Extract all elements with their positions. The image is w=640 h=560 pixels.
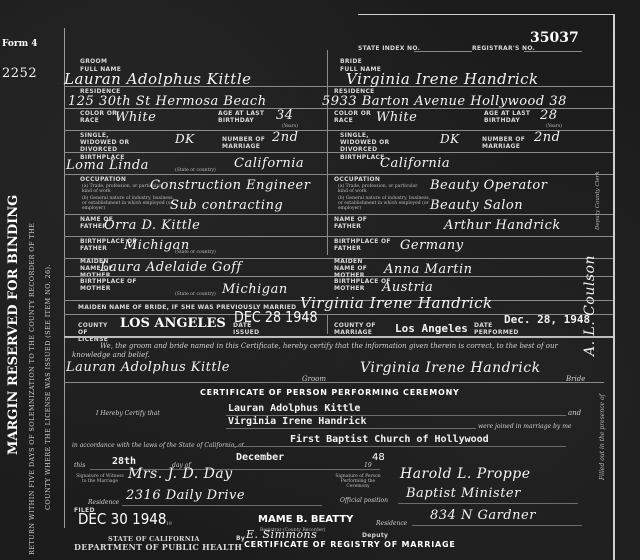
year-prefix: 19	[364, 462, 372, 469]
groom-state-hint: (State or country)	[175, 168, 216, 173]
officiant-position: Baptist Minister	[406, 486, 521, 501]
state-index-line	[414, 51, 472, 52]
dotted-line	[122, 505, 322, 506]
this-label: this	[74, 462, 85, 469]
groom-age: 34	[276, 108, 294, 123]
bride-color: White	[376, 110, 417, 125]
county-divider	[327, 314, 328, 334]
dotted-line	[412, 525, 582, 526]
row-line	[64, 174, 613, 175]
date-performed: Dec. 28, 1948	[504, 313, 590, 326]
joined-label: were joined in marriage by me	[478, 423, 571, 430]
section-divider	[64, 336, 613, 338]
dotted-line	[398, 503, 578, 504]
bride-occupation: Beauty Operator	[430, 178, 547, 193]
groom-industry: Sub contracting	[170, 198, 283, 213]
margin-title: MARGIN RESERVED FOR BINDING	[6, 195, 21, 455]
bride-industry: Beauty Salon	[430, 198, 523, 213]
bride-residence: 5933 Barton Avenue Hollywood 38	[322, 94, 567, 109]
hereby-certify-label: I Hereby Certify that	[96, 410, 160, 417]
groom-residence: 125 30th St Hermosa Beach	[68, 94, 267, 109]
groom-birthplace-state: California	[234, 156, 304, 171]
officiant-residence-label: Residence	[376, 520, 407, 527]
bride-father-label: NAME OF FATHER	[334, 216, 374, 230]
state-index-label: STATE INDEX NO.	[358, 45, 420, 52]
witness-residence-label: Residence	[88, 499, 119, 506]
certification-statement: We, the groom and bride named in this Ce…	[100, 342, 558, 350]
officiant-sig-label: Signature of Person Performing the Cerem…	[330, 474, 386, 489]
bride-age: 28	[540, 108, 558, 123]
groom-color-label: COLOR OR RACE	[80, 110, 120, 124]
dotted-line	[226, 428, 476, 429]
groom-marriage-num: 2nd	[272, 130, 298, 145]
ceremony-party-2: Virginia Irene Handrick	[228, 416, 366, 427]
row-line	[64, 382, 604, 383]
groom-mother-birthplace: Michigan	[222, 282, 288, 297]
groom-marriage-num-label: NUMBER OF MARRIAGE	[222, 136, 272, 150]
registrar-name: MAME B. BEATTY	[258, 514, 353, 525]
ceremony-month: December	[236, 452, 284, 463]
deputy-clerk-signature: A. L. Coulson	[582, 255, 598, 356]
bride-mother-label: MAIDEN NAME OF MOTHER	[334, 258, 374, 279]
dotted-line	[226, 446, 566, 447]
form-number: Form 4	[2, 39, 38, 49]
row-line	[64, 152, 613, 153]
and-label: and	[568, 409, 581, 417]
bride-marital: DK	[440, 132, 460, 146]
bride-full-name: Virginia Irene Handrick	[346, 70, 539, 88]
groom-mother-birthplace-label: BIRTHPLACE OF MOTHER	[80, 278, 140, 292]
bride-mother: Anna Martin	[384, 262, 473, 277]
groom-years-label: (Years)	[282, 124, 298, 129]
groom-mother: Laura Adelaide Goff	[100, 260, 242, 275]
groom-occ-b-label: (b) General nature of industry, business…	[82, 196, 177, 211]
bride-father: Arthur Handrick	[444, 218, 561, 233]
county-marriage: Los Angeles	[395, 322, 468, 335]
bride-age-label: AGE AT LAST BIRTHDAY	[484, 110, 539, 124]
ceremony-party-1: Lauran Adolphus Kittle	[228, 403, 360, 414]
county-license-label: COUNTY OF LICENSE	[78, 322, 118, 343]
certification-statement-2: knowledge and belief.	[72, 351, 150, 359]
bride-signature: Virginia Irene Handrick	[360, 360, 541, 376]
groom-occupation: Construction Engineer	[150, 178, 310, 193]
witness-label: Signature of Witness to the Marriage	[76, 474, 124, 484]
groom-state-hint-3: (State or country)	[175, 292, 216, 297]
frame-right-line	[613, 14, 615, 560]
officiant-signature: Harold L. Proppe	[400, 466, 531, 482]
bride-birthplace-label: BIRTHPLACE	[340, 154, 385, 161]
maiden-name: Virginia Irene Handrick	[300, 294, 493, 312]
bride-marriage-num: 2nd	[534, 130, 560, 145]
frame-top-line	[358, 14, 614, 15]
margin-note: 2252	[2, 66, 37, 81]
bride-occ-a-label: (a) Trade, profession, or particular kin…	[338, 184, 418, 194]
bride-marital-label: SINGLE, WIDOWED OR DIVORCED	[340, 132, 400, 153]
witness-residence: 2316 Daily Drive	[126, 488, 245, 503]
margin-instruction-1: RETURN WITHIN FIVE DAYS OF SOLEMNIZATION…	[28, 223, 36, 555]
bride-header: BRIDE	[340, 58, 362, 65]
groom-marital-label: SINGLE, WIDOWED OR DIVORCED	[80, 132, 140, 153]
bride-father-birthplace-label: BIRTHPLACE OF FATHER	[334, 238, 394, 252]
certificate-title: CERTIFICATE OF REGISTRY OF MARRIAGE	[244, 540, 456, 549]
bride-mother-birthplace: Austria	[382, 280, 433, 295]
deputy-label: Deputy	[362, 532, 388, 539]
row-line	[64, 236, 613, 237]
bride-color-label: COLOR OR RACE	[334, 110, 374, 124]
groom-marital: DK	[175, 132, 195, 146]
department-label: DEPARTMENT OF PUBLIC HEALTH	[74, 544, 242, 551]
groom-age-label: AGE AT LAST BIRTHDAY	[218, 110, 273, 124]
bride-years-label: (Years)	[546, 124, 562, 129]
groom-signature: Lauran Adolphus Kittle	[66, 360, 230, 375]
accordance-label: in accordance with the laws of the State…	[72, 442, 244, 449]
ceremony-year: 48	[372, 452, 385, 463]
groom-birthplace-city: Loma Linda	[66, 158, 149, 173]
margin-instruction-2: COUNTY WHERE THE LICENSE WAS ISSUED (SEE…	[44, 264, 52, 510]
bride-birthplace: California	[380, 156, 450, 171]
officiant-residence: 834 N Gardner	[430, 508, 536, 523]
ceremony-header: CERTIFICATE OF PERSON PERFORMING CEREMON…	[200, 388, 460, 397]
bride-marriage-num-label: NUMBER OF MARRIAGE	[482, 136, 532, 150]
filed-date: DEC 30 1948	[78, 510, 166, 528]
county-marriage-label: COUNTY OF MARRIAGE	[334, 322, 384, 336]
groom-father: Orra D. Kittle	[104, 218, 200, 233]
date-issued: DEC 28 1948	[234, 308, 318, 326]
ceremony-location: First Baptist Church of Hollywood	[290, 434, 489, 445]
position-label: Official position	[340, 497, 388, 504]
groom-occupation-label: OCCUPATION	[80, 176, 126, 183]
bride-occupation-label: OCCUPATION	[334, 176, 380, 183]
deputy-clerk-label: Deputy County Clerk	[596, 171, 601, 230]
registrar-line	[524, 51, 582, 52]
groom-color: White	[115, 110, 156, 125]
filed-suffix: 19	[166, 522, 172, 527]
groom-state-hint-2: (State or country)	[175, 250, 216, 255]
bride-occ-b-label: (b) General nature of industry, business…	[338, 196, 433, 211]
groom-header: GROOM	[80, 58, 107, 65]
bride-father-birthplace: Germany	[400, 238, 464, 253]
frame-left-line	[64, 28, 65, 528]
row-line	[64, 214, 613, 215]
witness-signature: Mrs. J. D. Day	[128, 466, 233, 482]
county-license: LOS ANGELES	[120, 316, 226, 331]
presence-note: Filled out in the presence of	[600, 394, 605, 480]
row-line	[64, 130, 613, 131]
registrar-number: 35037	[530, 30, 579, 46]
